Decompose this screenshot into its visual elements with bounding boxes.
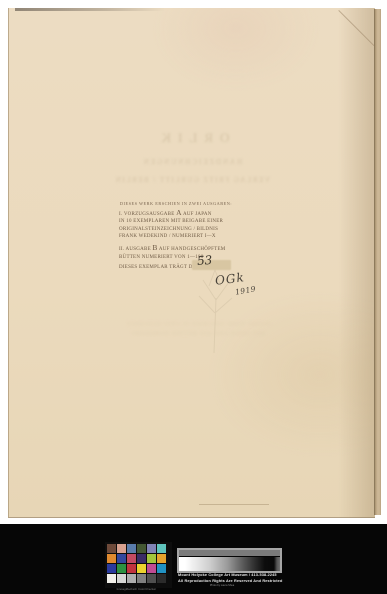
color-patch (137, 574, 146, 583)
color-patch (117, 554, 126, 563)
color-patch (137, 544, 146, 553)
edition-a-line: FRANK WEDEKIND / NUMERIERT I—X (119, 233, 233, 240)
color-patch (137, 564, 146, 573)
colophon-header: DIESES WERK ERSCHIEN IN ZWEI AUSGABEN: (119, 201, 233, 206)
color-patch (157, 544, 166, 553)
color-patch (107, 564, 116, 573)
calibration-band: GretagMacbeth ColorChecker Mount Holyoke… (0, 524, 387, 594)
color-patch (157, 574, 166, 583)
color-patch (137, 554, 146, 563)
showthrough-title: ORLIK (9, 130, 375, 146)
page-block-edge (374, 9, 381, 515)
color-patch (127, 544, 136, 553)
handwritten-copy-number: 53 (197, 252, 228, 268)
color-patch (157, 554, 166, 563)
color-patch (107, 554, 116, 563)
color-patch (147, 574, 156, 583)
edition-b-text: II. AUSGABE (119, 247, 152, 252)
top-edge-smudge (15, 8, 165, 11)
edition-a-line: ORIGINALSTEINZEICHNUNG / BILDNIS (119, 226, 233, 233)
color-checker-chart (105, 542, 172, 588)
edition-a-text: I. VORZUGSAUSGABE (119, 212, 176, 217)
color-patch (117, 544, 126, 553)
color-patch (157, 564, 166, 573)
showthrough-line: VERLAG FRITZ GURLITT / BERLIN (9, 176, 375, 184)
bottom-crease (199, 504, 269, 505)
color-patch (147, 564, 156, 573)
corner-crease (338, 10, 374, 46)
grayscale-header-strip (179, 550, 280, 556)
edition-b-text: AUF HANDGESCHÖPFTEM (158, 247, 226, 252)
grayscale-gradient (179, 557, 280, 571)
museum-photograph: ORLIK HANDZEICHNUNGEN VERLAG FRITZ GURLI… (0, 0, 387, 594)
color-patch (147, 544, 156, 553)
color-patch (147, 554, 156, 563)
edition-a-text: AUF JAPAN (182, 212, 212, 217)
color-patch (127, 554, 136, 563)
book-page: ORLIK HANDZEICHNUNGEN VERLAG FRITZ GURLI… (8, 8, 375, 518)
grayscale-bar (177, 548, 282, 573)
color-patch (117, 574, 126, 583)
photographer-credit-line: Photo by Laura Shea (178, 584, 266, 588)
museum-credit-block: Mount Holyoke College Art Museum / 413-5… (178, 573, 284, 588)
edition-a-line: IN 10 EXEMPLAREN MIT BEIGABE EINER (119, 218, 233, 225)
color-patch (127, 574, 136, 583)
color-patch (127, 564, 136, 573)
color-checker-caption: GretagMacbeth ColorChecker (105, 588, 168, 591)
museum-credit-line: Mount Holyoke College Art Museum / 413-5… (178, 573, 284, 579)
color-patch (107, 544, 116, 553)
edition-a-line: I. VORZUGSAUSGABE A AUF JAPAN (119, 209, 233, 218)
color-patch (107, 574, 116, 583)
color-patch (117, 564, 126, 573)
showthrough-line: HANDZEICHNUNGEN (9, 158, 375, 166)
